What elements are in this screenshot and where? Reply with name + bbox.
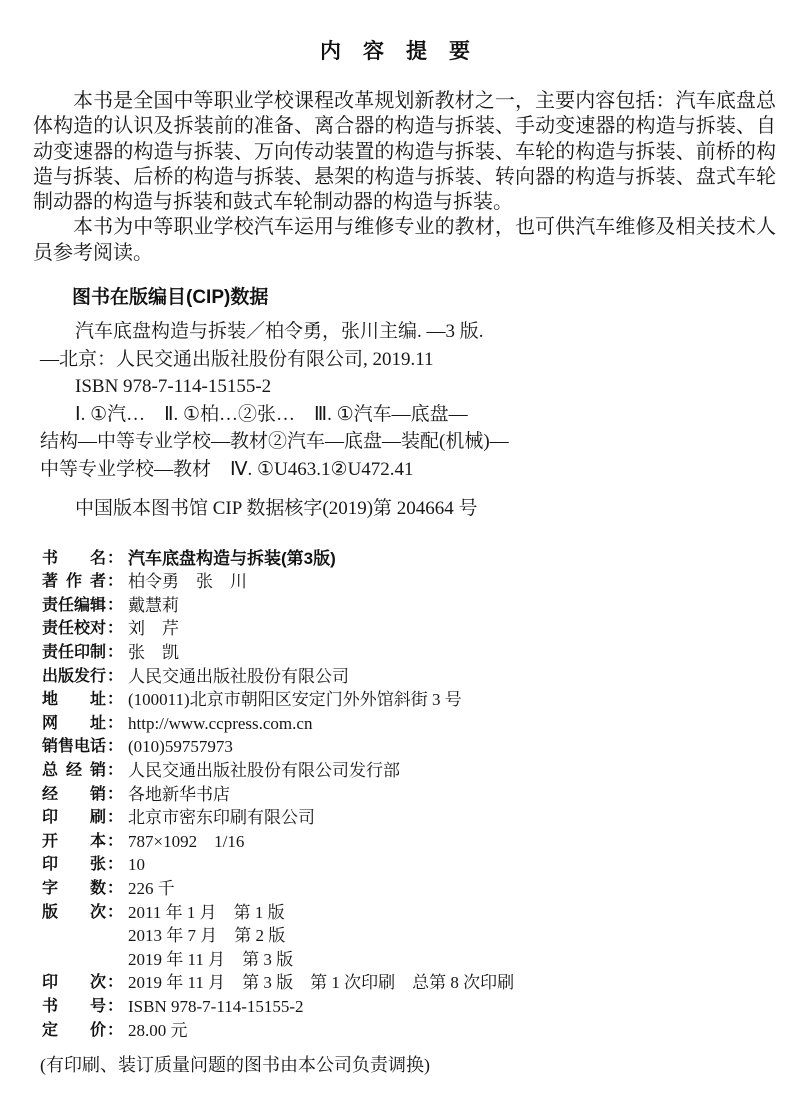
colophon-row: 责任校对：刘 芹 xyxy=(42,617,790,641)
summary-paragraph: 本书为中等职业学校汽车运用与维修专业的教材，也可供汽车维修及相关技术人员参考阅读… xyxy=(33,215,776,266)
colophon-colon: ： xyxy=(107,759,123,783)
colophon-value: 张 凯 xyxy=(128,641,179,665)
colophon-colon: ： xyxy=(107,830,123,854)
colophon-value: http://www.ccpress.com.cn xyxy=(128,712,312,736)
cip-line: 汽车底盘构造与拆装／柏令勇，张川主编. —3 版. xyxy=(40,318,545,346)
colophon-value-line: 各地新华书店 xyxy=(128,783,230,807)
colophon-value-line: 柏令勇 张 川 xyxy=(128,570,247,594)
colophon-row: 责任编辑：戴慧莉 xyxy=(42,594,790,618)
cip-line: 中等专业学校—教材 Ⅳ. ①U463.1②U472.41 xyxy=(40,456,545,484)
colophon-label: 书号 xyxy=(42,995,106,1019)
colophon-label: 定价 xyxy=(42,1019,106,1043)
colophon-value: 柏令勇 张 川 xyxy=(128,570,247,594)
colophon-value: 刘 芹 xyxy=(128,617,179,641)
colophon-row: 书名：汽车底盘构造与拆装(第3版) xyxy=(42,547,790,571)
colophon-value-line: 北京市密东印刷有限公司 xyxy=(128,806,315,830)
colophon-row: 书号：ISBN 978-7-114-15155-2 xyxy=(42,995,790,1019)
cip-line: Ⅰ. ①汽… Ⅱ. ①柏…②张… Ⅲ. ①汽车—底盘— xyxy=(40,401,545,429)
cip-section: 图书在版编目(CIP)数据 汽车底盘构造与拆装／柏令勇，张川主编. —3 版.—… xyxy=(40,287,545,522)
colophon-colon: ： xyxy=(107,641,123,665)
colophon-colon: ： xyxy=(107,783,123,807)
colophon-row: 著作者：柏令勇 张 川 xyxy=(42,570,790,594)
summary-section: 本书是全国中等职业学校课程改革规划新教材之一，主要内容包括：汽车底盘总体构造的认… xyxy=(0,89,790,266)
colophon-value: 各地新华书店 xyxy=(128,783,230,807)
colophon-label: 责任印制 xyxy=(42,641,106,665)
colophon-value: 戴慧莉 xyxy=(128,594,179,618)
colophon-value-line: 人民交通出版社股份有限公司发行部 xyxy=(128,759,400,783)
cip-line: 结构—中等专业学校—教材②汽车—底盘—装配(机械)— xyxy=(40,428,545,456)
colophon-value: ISBN 978-7-114-15155-2 xyxy=(128,995,304,1019)
colophon-colon: ： xyxy=(107,1019,123,1043)
colophon-row: 网址：http://www.ccpress.com.cn xyxy=(42,712,790,736)
colophon-label: 地址 xyxy=(42,688,106,712)
colophon-label: 书名 xyxy=(42,547,106,571)
colophon-row: 印次：2019 年 11 月 第 3 版 第 1 次印刷 总第 8 次印刷 xyxy=(42,971,790,995)
colophon-label: 印次 xyxy=(42,971,106,995)
colophon-colon: ： xyxy=(107,853,123,877)
colophon-value-line: ISBN 978-7-114-15155-2 xyxy=(128,995,304,1019)
page-title: 内容提要 xyxy=(0,40,790,64)
colophon-label: 版次 xyxy=(42,901,106,925)
colophon-value-line: (100011)北京市朝阳区安定门外外馆斜街 3 号 xyxy=(128,688,462,712)
colophon-value: 2011 年 1 月 第 1 版2013 年 7 月 第 2 版2019 年 1… xyxy=(128,901,293,972)
colophon-colon: ： xyxy=(107,688,123,712)
colophon-label: 开本 xyxy=(42,830,106,854)
colophon-colon: ： xyxy=(107,806,123,830)
colophon-label: 经销 xyxy=(42,783,106,807)
colophon-label: 网址 xyxy=(42,712,106,736)
cip-lines: 汽车底盘构造与拆装／柏令勇，张川主编. —3 版.—北京：人民交通出版社股份有限… xyxy=(40,318,545,484)
colophon-label: 出版发行 xyxy=(42,665,106,689)
copyright-page: 内容提要 本书是全国中等职业学校课程改革规划新教材之一，主要内容包括：汽车底盘总… xyxy=(0,0,790,1107)
colophon-row: 经销：各地新华书店 xyxy=(42,783,790,807)
colophon-row: 销售电话：(010)59757973 xyxy=(42,735,790,759)
colophon-value: 人民交通出版社股份有限公司发行部 xyxy=(128,759,400,783)
colophon-value-line: 2019 年 11 月 第 3 版 第 1 次印刷 总第 8 次印刷 xyxy=(128,971,514,995)
colophon-label: 著作者 xyxy=(42,570,106,594)
colophon-value: 226 千 xyxy=(128,877,175,901)
colophon-label: 印张 xyxy=(42,853,106,877)
colophon-value-line: 10 xyxy=(128,853,145,877)
colophon-value: 汽车底盘构造与拆装(第3版) xyxy=(128,547,336,571)
colophon-row: 定价：28.00 元 xyxy=(42,1019,790,1043)
cip-line: —北京：人民交通出版社股份有限公司, 2019.11 xyxy=(40,346,545,374)
colophon-colon: ： xyxy=(107,735,123,759)
colophon-colon: ： xyxy=(107,712,123,736)
colophon-value-line: http://www.ccpress.com.cn xyxy=(128,712,312,736)
colophon-label: 印刷 xyxy=(42,806,106,830)
colophon-value-line: (010)59757973 xyxy=(128,735,233,759)
colophon-colon: ： xyxy=(107,617,123,641)
colophon-value: 2019 年 11 月 第 3 版 第 1 次印刷 总第 8 次印刷 xyxy=(128,971,514,995)
colophon-row: 出版发行：人民交通出版社股份有限公司 xyxy=(42,665,790,689)
colophon-value-line: 张 凯 xyxy=(128,641,179,665)
summary-paragraph: 本书是全国中等职业学校课程改革规划新教材之一，主要内容包括：汽车底盘总体构造的认… xyxy=(33,89,776,215)
colophon-value-line: 戴慧莉 xyxy=(128,594,179,618)
colophon-colon: ： xyxy=(107,877,123,901)
colophon-colon: ： xyxy=(107,901,123,925)
colophon-value-line: 2013 年 7 月 第 2 版 xyxy=(128,924,293,948)
colophon-label: 字数 xyxy=(42,877,106,901)
colophon-row: 总经销：人民交通出版社股份有限公司发行部 xyxy=(42,759,790,783)
colophon-row: 地址：(100011)北京市朝阳区安定门外外馆斜街 3 号 xyxy=(42,688,790,712)
colophon-label: 销售电话 xyxy=(42,735,106,759)
colophon-value: (010)59757973 xyxy=(128,735,233,759)
colophon-value-line: 28.00 元 xyxy=(128,1019,188,1043)
colophon-colon: ： xyxy=(107,995,123,1019)
colophon-value-line: 2019 年 11 月 第 3 版 xyxy=(128,948,293,972)
colophon-colon: ： xyxy=(107,594,123,618)
colophon-row: 字数：226 千 xyxy=(42,877,790,901)
colophon-value: 10 xyxy=(128,853,145,877)
colophon-value: 人民交通出版社股份有限公司 xyxy=(128,665,349,689)
colophon-row: 版次：2011 年 1 月 第 1 版2013 年 7 月 第 2 版2019 … xyxy=(42,901,790,972)
colophon-colon: ： xyxy=(107,971,123,995)
colophon-value-line: 汽车底盘构造与拆装(第3版) xyxy=(128,547,336,571)
colophon-label: 责任校对 xyxy=(42,617,106,641)
colophon-value-line: 2011 年 1 月 第 1 版 xyxy=(128,901,293,925)
colophon-value-line: 787×1092 1/16 xyxy=(128,830,244,854)
colophon-value-line: 226 千 xyxy=(128,877,175,901)
colophon-value: 北京市密东印刷有限公司 xyxy=(128,806,315,830)
colophon-value: 787×1092 1/16 xyxy=(128,830,244,854)
colophon-row: 印张：10 xyxy=(42,853,790,877)
colophon-row: 责任印制：张 凯 xyxy=(42,641,790,665)
cip-line: ISBN 978-7-114-15155-2 xyxy=(40,373,545,401)
colophon-value: 28.00 元 xyxy=(128,1019,188,1043)
colophon-label: 责任编辑 xyxy=(42,594,106,618)
colophon-value-line: 人民交通出版社股份有限公司 xyxy=(128,665,349,689)
colophon-row: 开本：787×1092 1/16 xyxy=(42,830,790,854)
colophon-value-line: 刘 芹 xyxy=(128,617,179,641)
cip-record: 中国版本图书馆 CIP 数据核字(2019)第 204664 号 xyxy=(40,495,545,522)
colophon-label: 总经销 xyxy=(42,759,106,783)
colophon-row: 印刷：北京市密东印刷有限公司 xyxy=(42,806,790,830)
colophon-colon: ： xyxy=(107,570,123,594)
colophon-section: 书名：汽车底盘构造与拆装(第3版)著作者：柏令勇 张 川责任编辑：戴慧莉责任校对… xyxy=(42,547,790,1042)
colophon-value: (100011)北京市朝阳区安定门外外馆斜街 3 号 xyxy=(128,688,462,712)
colophon-colon: ： xyxy=(107,665,123,689)
quality-exchange-note: (有印刷、装订质量问题的图书由本公司负责调换) xyxy=(40,1053,790,1077)
colophon-colon: ： xyxy=(107,547,123,571)
cip-heading: 图书在版编目(CIP)数据 xyxy=(72,287,545,309)
